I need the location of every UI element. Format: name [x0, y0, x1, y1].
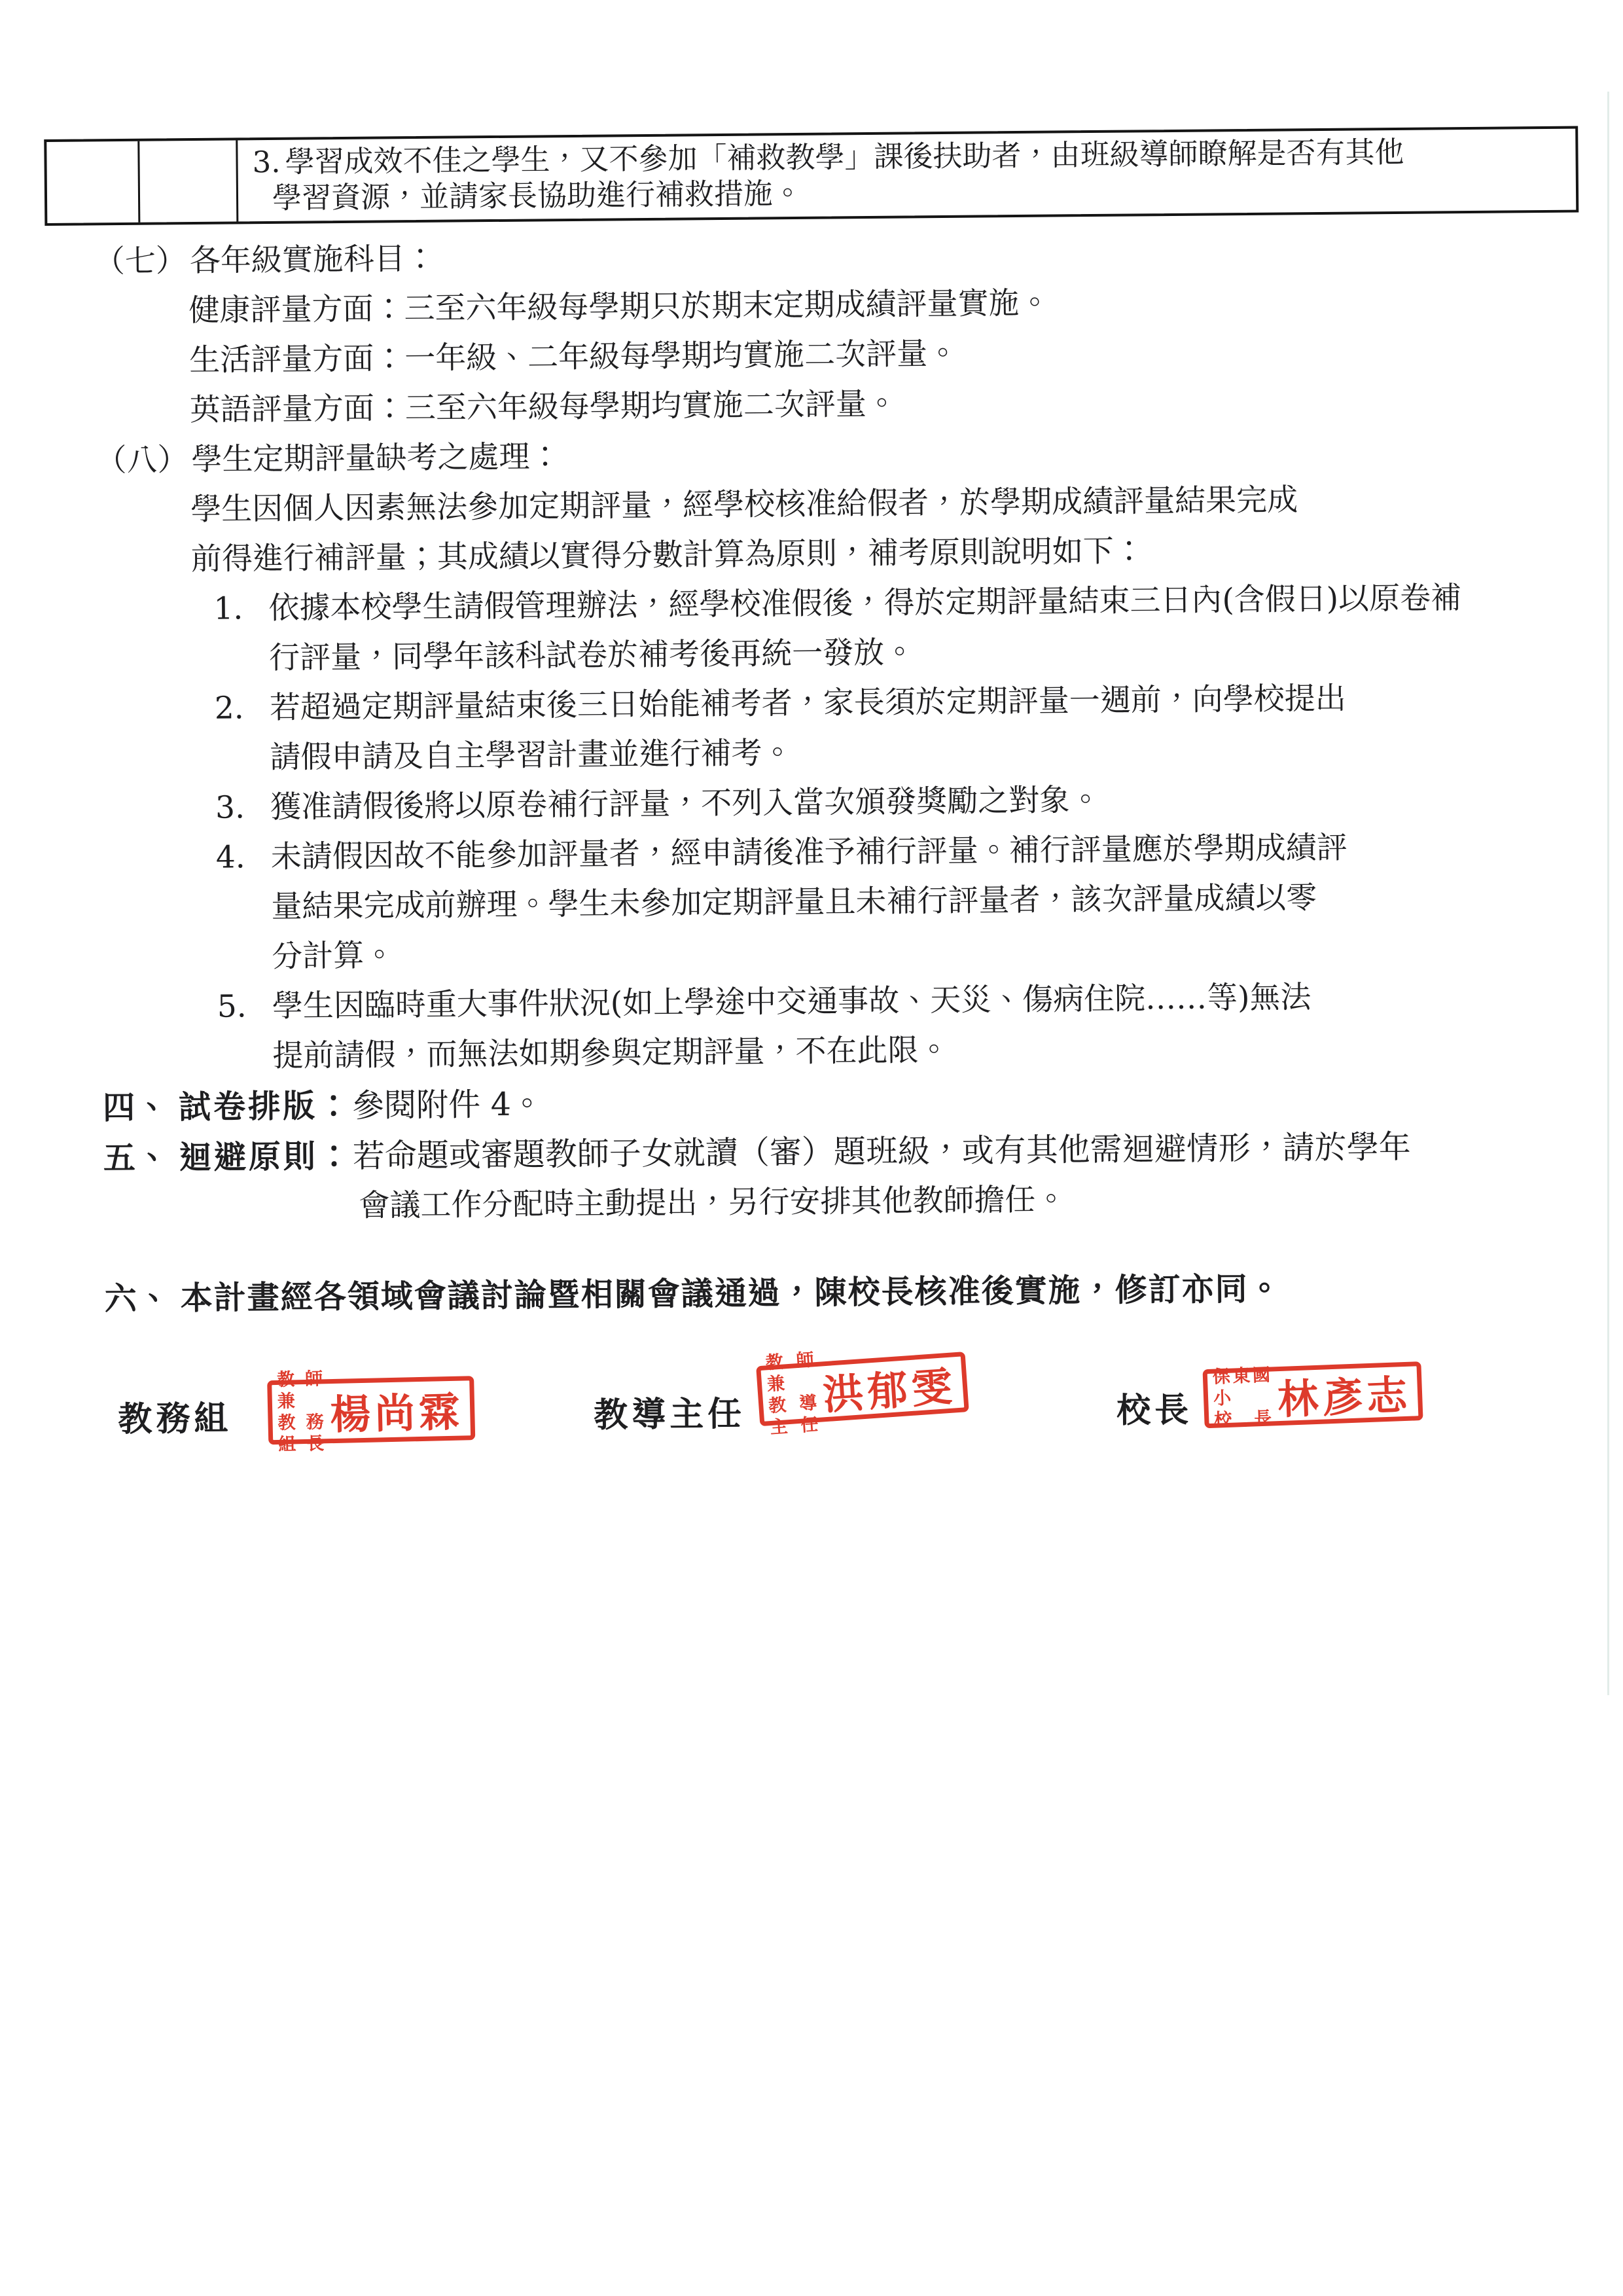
label-academic-affairs-section: 教務組 [118, 1391, 232, 1441]
document-body: （七）各年級實施科目： 健康評量方面：三至六年級每學期只於期末定期成績評量實施。… [45, 224, 1588, 1324]
label-director-of-academics: 教導主任 [594, 1386, 746, 1437]
list-item-5-number: 5. [217, 982, 272, 1032]
stamp-1-title-line2: 教務組長 [277, 1411, 324, 1456]
table-text-cell: 3.學習成效不佳之學生，又不參加「補救教學」課後扶助者，由班級導師瞭解是否有其他… [238, 129, 1576, 222]
stamp-3-title-line1: 保東國小 [1212, 1364, 1271, 1409]
stamp-2-name: 洪郁雯 [821, 1359, 957, 1414]
list-item-2-number: 2. [215, 683, 270, 734]
stamp-director-of-academics: 教師兼 教導主任 洪郁雯 [756, 1352, 969, 1426]
stamp-2-title: 教師兼 教導主任 [766, 1369, 818, 1418]
scanner-edge-artifact [1607, 92, 1609, 1695]
section-7-title: 各年級實施科目： [190, 241, 436, 279]
clause-5-text1: 若命題或審題教師子女就讀（審）題班級，或有其他需迴避情形，請於學年 [353, 1128, 1411, 1175]
list-item-1-text: 依據本校學生請假管理辦法，經學校准假後，得於定期評量結束三日內(含假日)以原卷補 [268, 580, 1461, 626]
scanned-document-page: { "colors":{"ink":"#1e1e20","stamp_red":… [0, 0, 1623, 2296]
stamp-2-title-line2: 教導主任 [768, 1392, 819, 1439]
table-item-number: 3. [252, 144, 285, 180]
section-8-title: 學生定期評量缺考之處理： [191, 439, 560, 478]
list-item-5-text: 學生因臨時重大事件狀況(如上學途中交通事故、天災、傷病住院……等)無法 [272, 979, 1311, 1024]
stamp-principal: 保東國小 校長 林彥志 [1203, 1361, 1423, 1428]
clause-4-text: 參閱附件 4。 [352, 1085, 543, 1124]
signature-row: 教務組 教師兼 教務組長 楊尚霖 教導主任 教師兼 教導主任 洪郁雯 校長 保東… [55, 1346, 1590, 1529]
stamp-3-name: 林彥志 [1277, 1369, 1412, 1418]
table-empty-cell-2 [139, 140, 238, 222]
clause-4-number: 四、 [103, 1082, 179, 1132]
list-item-4-text: 未請假因故不能參加評量者，經申請後准予補行評量。補行評量應於學期成績評 [271, 830, 1347, 875]
stamp-3-title-line2: 校長 [1214, 1407, 1272, 1431]
clause-5-label: 迴避原則： [179, 1137, 353, 1176]
stamp-2-title-line1: 教師兼 [765, 1349, 816, 1395]
stamp-1-title-line1: 教師兼 [277, 1368, 323, 1412]
clause-6-text: 本計畫經各領域會議討論暨相關會議通過，陳校長核准後實施，修訂亦同。 [180, 1270, 1281, 1318]
table-fragment: 3.學習成效不佳之學生，又不參加「補救教學」課後扶助者，由班級導師瞭解是否有其他… [44, 126, 1578, 226]
table-empty-cell-1 [46, 141, 140, 223]
clause-5-number: 五、 [103, 1132, 179, 1183]
list-item-3-text: 獲准請假後將以原卷補行評量，不列入當次頒發獎勵之對象。 [270, 782, 1101, 825]
stamp-3-title: 保東國小 校長 [1213, 1374, 1272, 1421]
list-item-1-number: 1. [213, 584, 269, 634]
list-item-4-number: 4. [215, 833, 271, 883]
clause-6-number: 六、 [104, 1273, 181, 1323]
list-item-3-number: 3. [215, 783, 271, 833]
section-7-marker: （七） [94, 236, 190, 287]
clause-4-label: 試卷排版： [179, 1086, 353, 1126]
clause-6: 六、本計畫經各領域會議討論暨相關會議通過，陳校長核准後實施，修訂亦同。 [54, 1261, 1588, 1323]
section-8-marker: （八） [96, 435, 192, 486]
document-sheet: 3.學習成效不佳之學生，又不參加「補救教學」課後扶助者，由班級導師瞭解是否有其他… [43, 0, 1597, 2296]
stamp-1-title: 教師兼 教務組長 [277, 1386, 324, 1437]
stamp-1-name: 楊尚霖 [329, 1384, 464, 1437]
stamp-academic-affairs-chief: 教師兼 教務組長 楊尚霖 [267, 1376, 475, 1444]
list-item-2-text: 若超過定期評量結束後三日始能補考者，家長須於定期評量一週前，向學校提出 [270, 681, 1346, 726]
label-principal: 校長 [1116, 1382, 1193, 1432]
